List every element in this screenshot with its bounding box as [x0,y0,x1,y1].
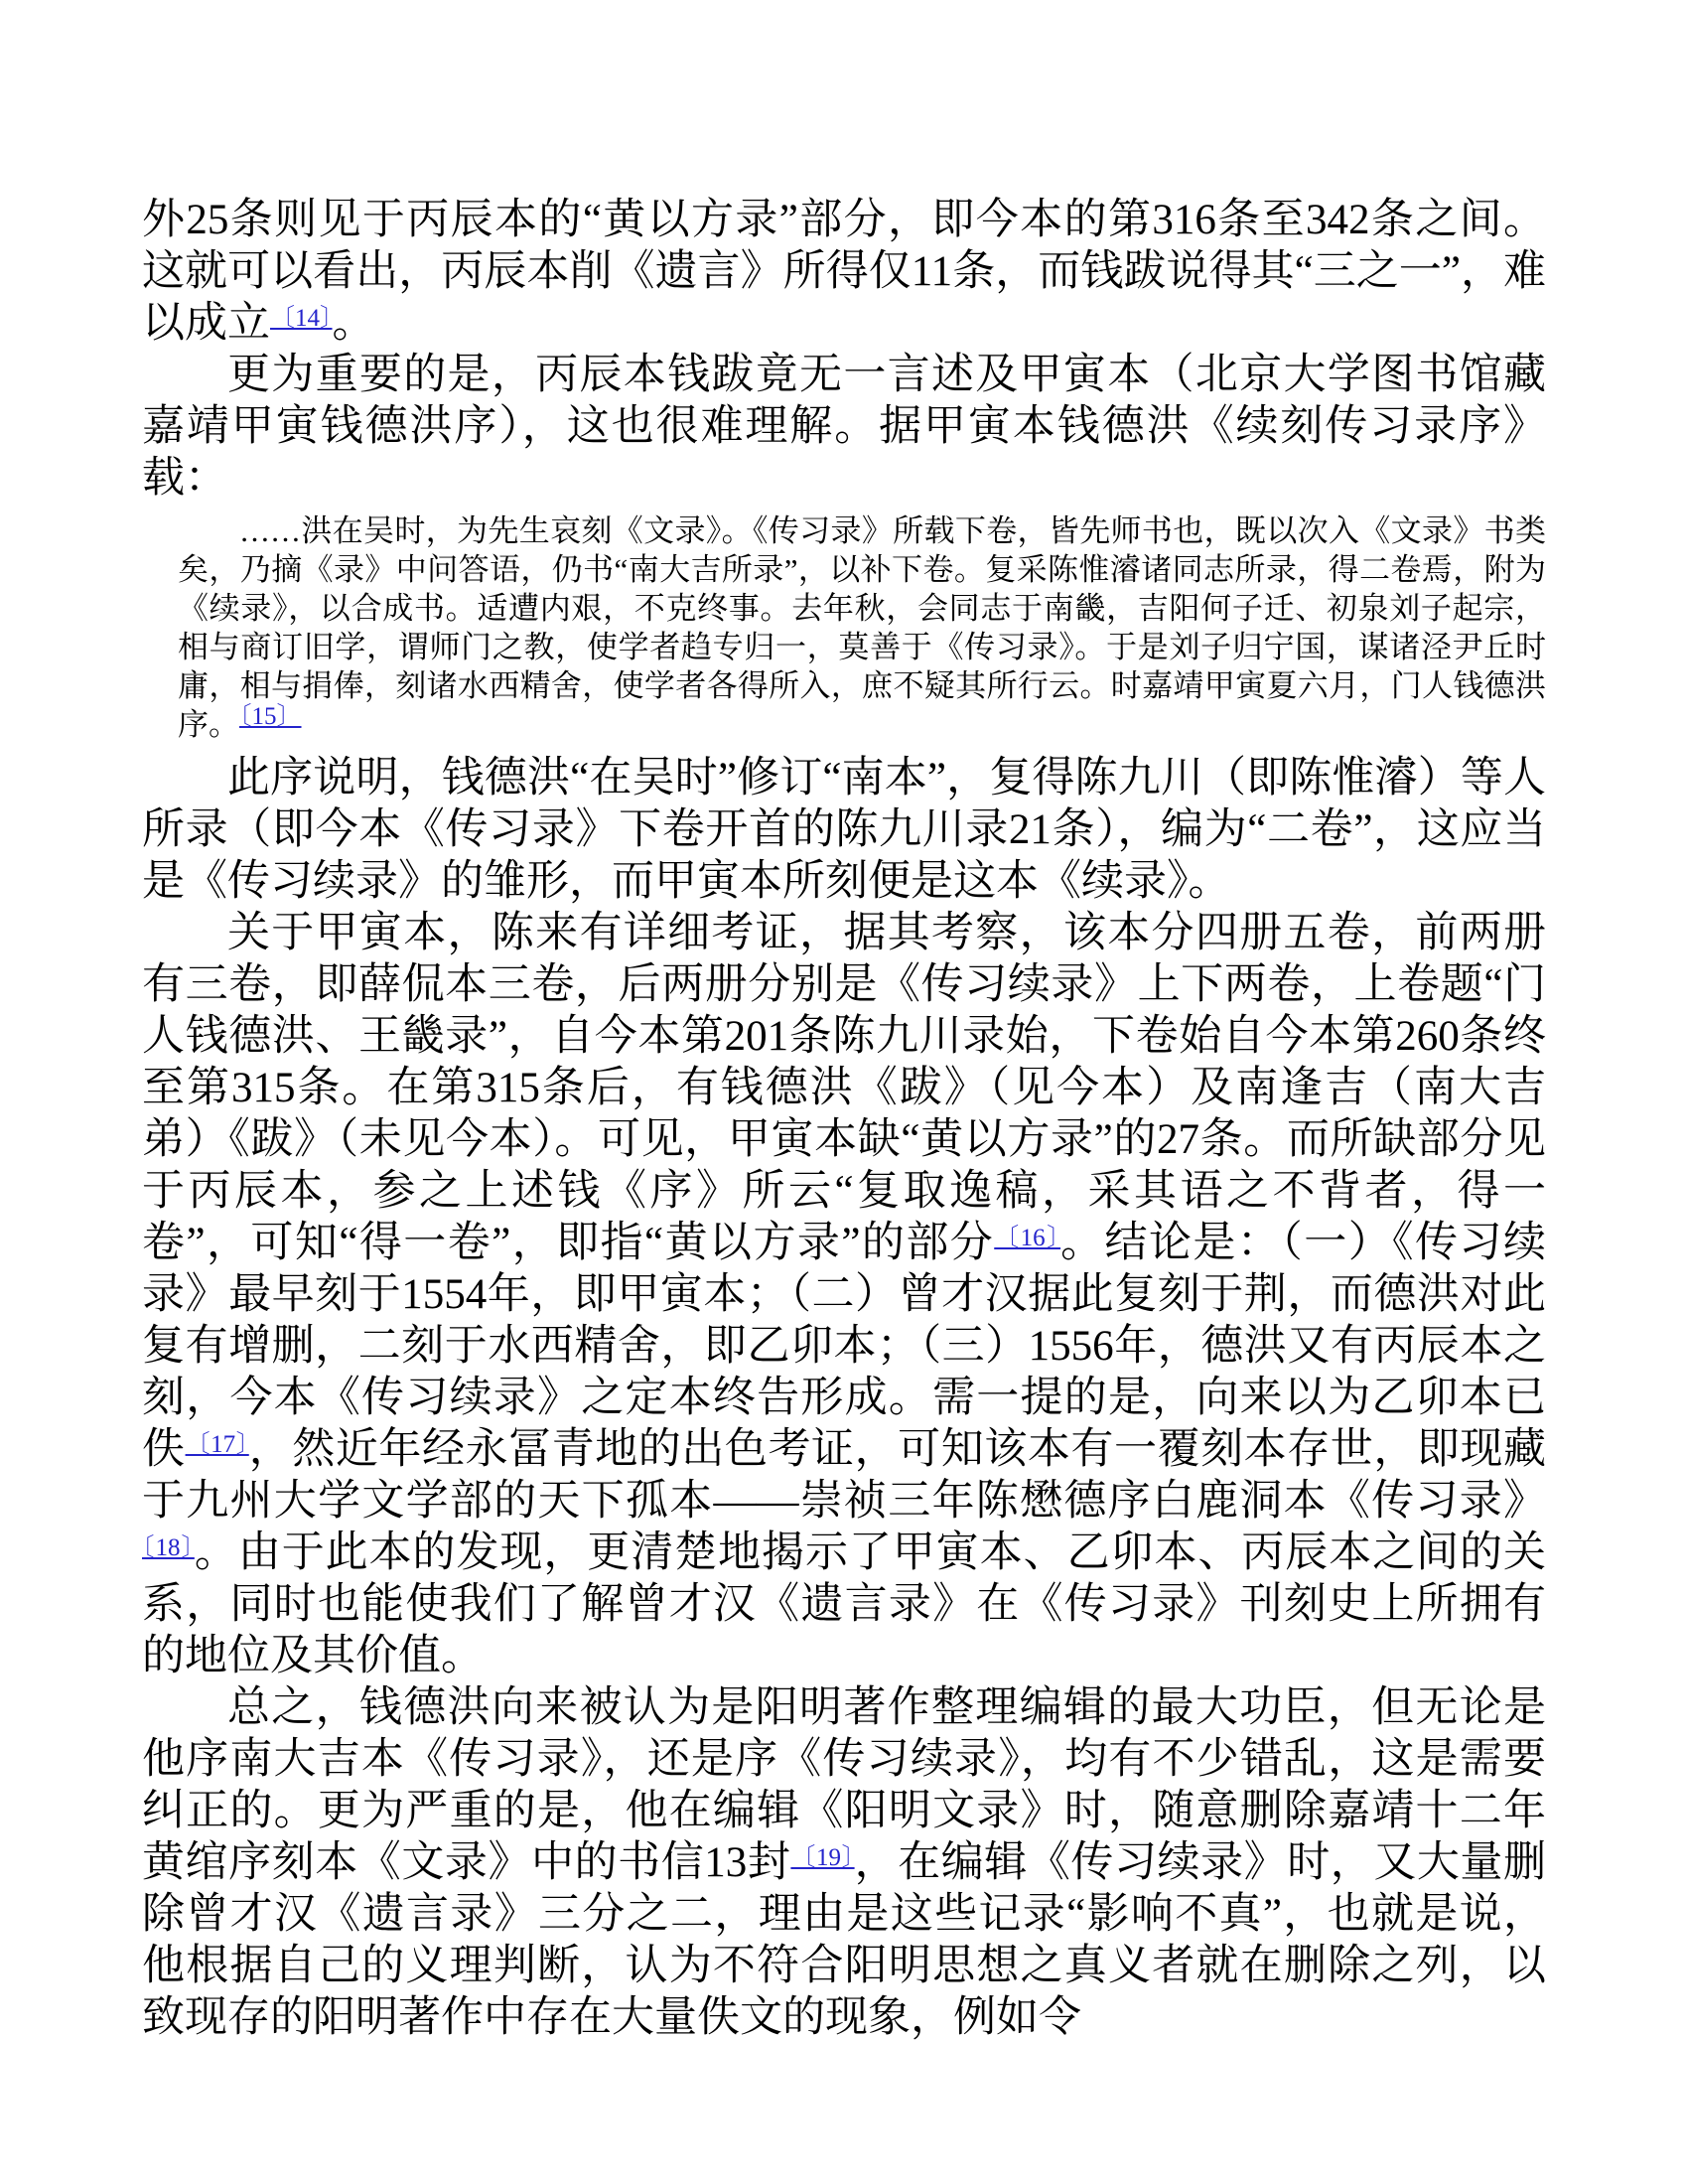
text-run: ……洪在吴时，为先生哀刻《文录》。《传习录》所载下卷，皆先师书也，既以次入《文录… [178,513,1546,742]
footnote-ref-15[interactable]: 〔15〕 [239,703,302,730]
text-run: 。由于此本的发现，更清楚地揭示了甲寅本、乙卯本、丙辰本之间的关系，同时也能使我们… [142,1529,1546,1679]
paragraph: 外25条则见于丙辰本的“黄以方录”部分，即今本的第316条至342条之间。这就可… [142,195,1546,350]
footnote-ref-14[interactable]: 〔14〕 [270,305,333,332]
footnote-ref-18[interactable]: 〔18〕 [142,1534,195,1561]
block-quote: ……洪在吴时，为先生哀刻《文录》。《传习录》所载下卷，皆先师书也，既以次入《文录… [178,511,1546,744]
text-run: 此序说明，钱德洪“在吴时”修订“南本”，复得陈九川（即陈惟濬）等人所录（即今本《… [142,755,1546,905]
text-run: ，然近年经永冨青地的出色考证，可知该本有一覆刻本存世，即现藏于九州大学文学部的天… [142,1426,1546,1525]
text-run: 更为重要的是，丙辰本钱跋竟无一言述及甲寅本（北京大学图书馆藏嘉靖甲寅钱德洪序），… [142,352,1546,502]
footnote-ref-16[interactable]: 〔16〕 [994,1225,1060,1251]
footnote-ref-17[interactable]: 〔17〕 [186,1431,249,1458]
paragraph: 此序说明，钱德洪“在吴时”修订“南本”，复得陈九川（即陈惟濬）等人所录（即今本《… [142,753,1546,908]
paragraph: 关于甲寅本，陈来有详细考证，据其考察，该本分四册五卷，前两册有三卷，即薛侃本三卷… [142,908,1546,1682]
paragraph: 更为重要的是，丙辰本钱跋竟无一言述及甲寅本（北京大学图书馆藏嘉靖甲寅钱德洪序），… [142,350,1546,505]
document-page: 外25条则见于丙辰本的“黄以方录”部分，即今本的第316条至342条之间。这就可… [0,0,1687,2184]
footnote-ref-19[interactable]: 〔19〕 [790,1844,854,1871]
text-run: 。 [333,300,375,347]
document-body: 外25条则见于丙辰本的“黄以方录”部分，即今本的第316条至342条之间。这就可… [142,195,1546,2044]
text-run: 关于甲寅本，陈来有详细考证，据其考察，该本分四册五卷，前两册有三卷，即薛侃本三卷… [142,910,1546,1266]
paragraph: 总之，钱德洪向来被认为是阳明著作整理编辑的最大功臣，但无论是他序南大吉本《传习录… [142,1682,1546,2044]
